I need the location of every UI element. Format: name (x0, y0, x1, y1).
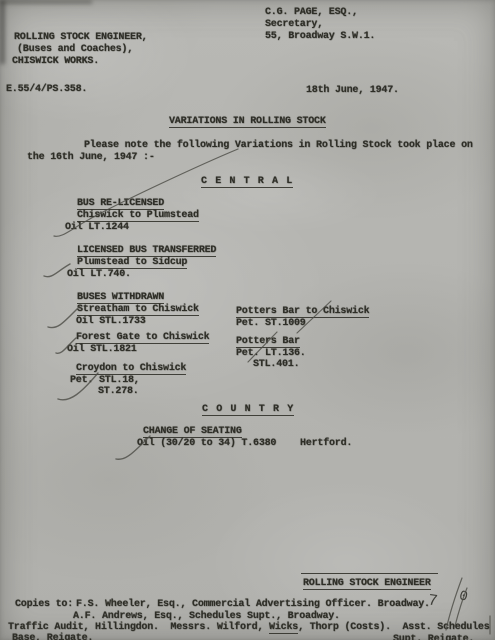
entry-stock-2: ST.278. (98, 386, 139, 397)
scan-edge-shadow-top (0, 0, 92, 4)
intro-line-1: Please note the following Variations in … (84, 140, 473, 151)
entry-route: Plumstead to Sidcup (77, 257, 187, 269)
copies-line-3: Traffic Audit, Hillingdon. Messrs. Wilfo… (8, 622, 490, 633)
entry-stock: Pet. STL.18, (70, 375, 140, 386)
entry-stock: Oil LT.740. (67, 269, 131, 280)
recipient-name: C.G. PAGE, ESQ., (265, 7, 358, 18)
recipient-title: Secretary, (265, 19, 323, 30)
document-title: VARIATIONS IN ROLLING STOCK (169, 116, 326, 128)
section-heading-country: C O U N T R Y (202, 404, 294, 416)
copies-line-1: F.S. Wheeler, Esq., Commercial Advertisi… (76, 599, 430, 610)
entry-route: Potters Bar (236, 336, 300, 348)
entry-route: Streatham to Chiswick (77, 304, 199, 316)
signature-rule (301, 573, 438, 574)
scan-edge-shadow-left (0, 0, 5, 64)
letter-date: 18th June, 1947. (306, 85, 399, 96)
sender-works: CHISWICK WORKS. (12, 56, 99, 67)
entry-route: Chiswick to Plumstead (77, 210, 199, 222)
intro-line-2: the 16th June, 1947 :- (27, 152, 155, 163)
recipient-address: 55, Broadway S.W.1. (265, 31, 375, 42)
entry-route: Potters Bar to Chiswick (236, 306, 369, 318)
entry-label: LICENSED BUS TRANSFERRED (77, 245, 216, 257)
copies-label: Copies to: (15, 599, 73, 610)
scanned-letter-page: C.G. PAGE, ESQ., Secretary, 55, Broadway… (0, 0, 495, 640)
entry-stock: Oil STL.1821 (67, 344, 137, 355)
sender-dept: (Buses and Coaches), (17, 44, 133, 55)
entry-label: CHANGE OF SEATING (143, 426, 242, 438)
pencil-annotation-right-digit: 0 (458, 591, 469, 604)
entry-label: BUS RE-LICENSED (77, 198, 164, 210)
copies-line-5: Supt. Reigate. (393, 634, 474, 640)
entry-stock: Pet. LT.136. (236, 348, 306, 359)
entry-label: BUSES WITHDRAWN (77, 292, 164, 304)
reference-number: E.55/4/PS.358. (6, 84, 87, 95)
entry-route: Forest Gate to Chiswick (76, 332, 209, 344)
copies-name-wicks: Wicks (269, 622, 298, 634)
entry-stock: Oil LT.1244 (65, 222, 129, 233)
copies-line-4: Base, Reigate. (12, 633, 93, 640)
entry-stock: Oil STL.1733 (76, 316, 146, 327)
entry-route: Croydon to Chiswick (76, 363, 186, 375)
entry-stock-2: STL.401. (253, 359, 299, 370)
sender-office: ROLLING STOCK ENGINEER, (14, 32, 147, 43)
pencil-annotation-left-digit: 7 (427, 595, 438, 607)
entry-stock: Pet. ST.1009 (236, 318, 306, 329)
copies-line-2: A.F. Andrews, Esq., Schedules Supt., Bro… (73, 611, 340, 622)
signature-title: ROLLING STOCK ENGINEER (303, 578, 431, 590)
entry-detail: Oil (30/20 to 34) T.6380 (137, 438, 276, 449)
section-heading-central: C E N T R A L (201, 176, 293, 188)
entry-location: Hertford. (300, 438, 352, 449)
